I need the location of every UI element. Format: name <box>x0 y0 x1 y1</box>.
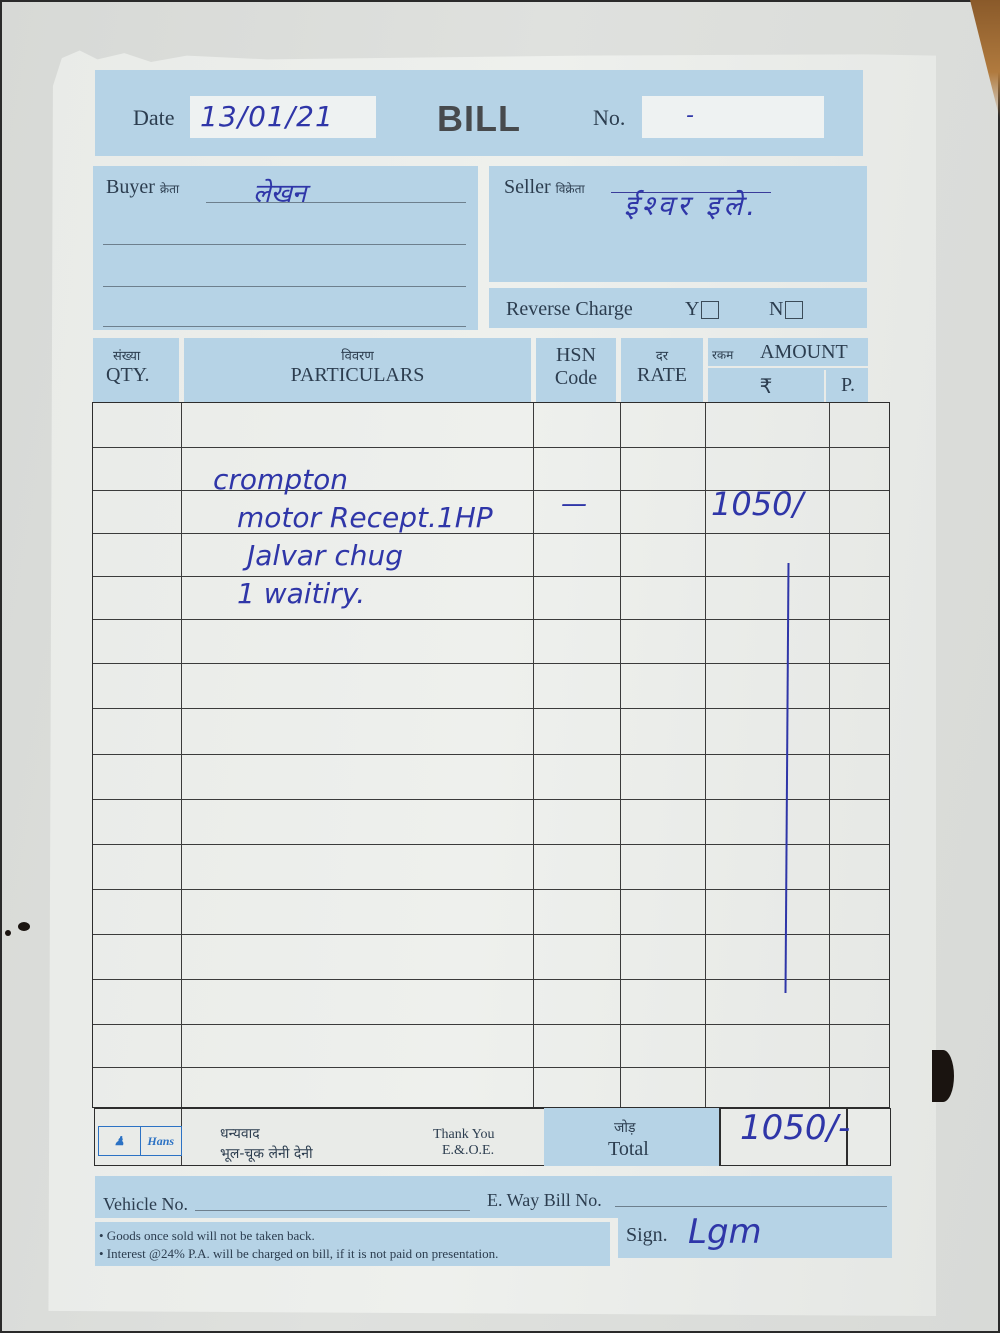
terms-section: • Goods once sold will not be taken back… <box>95 1222 610 1266</box>
bill-no-value: - <box>686 103 694 128</box>
date-label: Date <box>133 105 175 131</box>
buyer-line-2[interactable] <box>103 244 466 245</box>
transport-section: Vehicle No. E. Way Bill No. <box>95 1176 892 1218</box>
seller-section: Seller विक्रेता ईश्वर इले. <box>489 166 867 282</box>
buyer-value: लेखन <box>253 174 306 210</box>
sign-section: Sign. Lgm <box>618 1218 892 1258</box>
term-1: • Goods once sold will not be taken back… <box>99 1227 498 1245</box>
sign-label: Sign. <box>626 1224 668 1247</box>
buyer-label: Buyer क्रेता <box>106 176 179 199</box>
particulars-line-2: motor Recept.1HP <box>213 499 493 537</box>
bill-no-field[interactable] <box>642 96 824 138</box>
rupee-icon: ₹ <box>708 374 824 398</box>
page-title: BILL <box>437 98 521 140</box>
col-header-particulars: विवरण PARTICULARS <box>184 338 531 402</box>
particulars-line-4: 1 waitiry. <box>213 575 493 613</box>
col-header-qty: संख्या QTY. <box>93 338 179 402</box>
yes-checkbox[interactable] <box>701 301 719 319</box>
buyer-line-4[interactable] <box>103 326 466 327</box>
reverse-charge-yes[interactable]: Y <box>685 298 719 321</box>
hsn-value: — <box>561 489 587 519</box>
total-value: 1050/- <box>740 1108 850 1148</box>
reverse-charge-label: Reverse Charge <box>506 298 633 321</box>
punch-hole <box>932 1050 954 1102</box>
eway-bill-field[interactable] <box>615 1206 887 1207</box>
seller-label: Seller विक्रेता <box>504 176 585 199</box>
col-header-rate: दर RATE <box>621 338 703 402</box>
amount-value: 1050/ <box>711 485 803 523</box>
table-row[interactable]: crompton motor Recept.1HP Jalvar chug 1 … <box>213 461 493 613</box>
bill-no-label: No. <box>593 105 625 131</box>
date-value: 13/01/21 <box>200 100 334 133</box>
col-header-hsn: HSN Code <box>536 338 616 402</box>
ditto-line <box>784 563 789 993</box>
eway-bill-label: E. Way Bill No. <box>487 1190 602 1211</box>
stain <box>18 922 30 931</box>
buyer-line-1[interactable] <box>206 202 466 203</box>
buyer-line-3[interactable] <box>103 286 466 287</box>
eoe-hindi: भूल-चूक लेनी देनी <box>220 1144 313 1163</box>
col-header-amount: रकम AMOUNT ₹ P. <box>708 338 868 402</box>
total-label-cell: जोड़ Total <box>544 1108 719 1166</box>
seller-value: ईश्वर इले. <box>624 186 759 224</box>
vehicle-no-label: Vehicle No. <box>103 1194 188 1215</box>
thanks-hindi: धन्यवाद <box>220 1124 260 1143</box>
reverse-charge-section: Reverse Charge Y N <box>489 288 867 328</box>
brand-logo: ♟ Hans <box>98 1126 182 1156</box>
signature[interactable]: Lgm <box>688 1212 762 1252</box>
vehicle-no-field[interactable] <box>195 1210 470 1211</box>
stain <box>5 930 11 936</box>
logo-icon: ♟ <box>99 1127 141 1155</box>
no-checkbox[interactable] <box>785 301 803 319</box>
particulars-line-3: Jalvar chug <box>213 537 493 575</box>
reverse-charge-no[interactable]: N <box>769 298 803 321</box>
term-2: • Interest @24% P.A. will be charged on … <box>99 1245 498 1263</box>
items-table: crompton motor Recept.1HP Jalvar chug 1 … <box>92 402 890 1108</box>
buyer-section: Buyer क्रेता लेखन <box>93 166 478 330</box>
eoe-text: E.&.O.E. <box>442 1142 494 1160</box>
particulars-line-1: crompton <box>213 461 493 499</box>
